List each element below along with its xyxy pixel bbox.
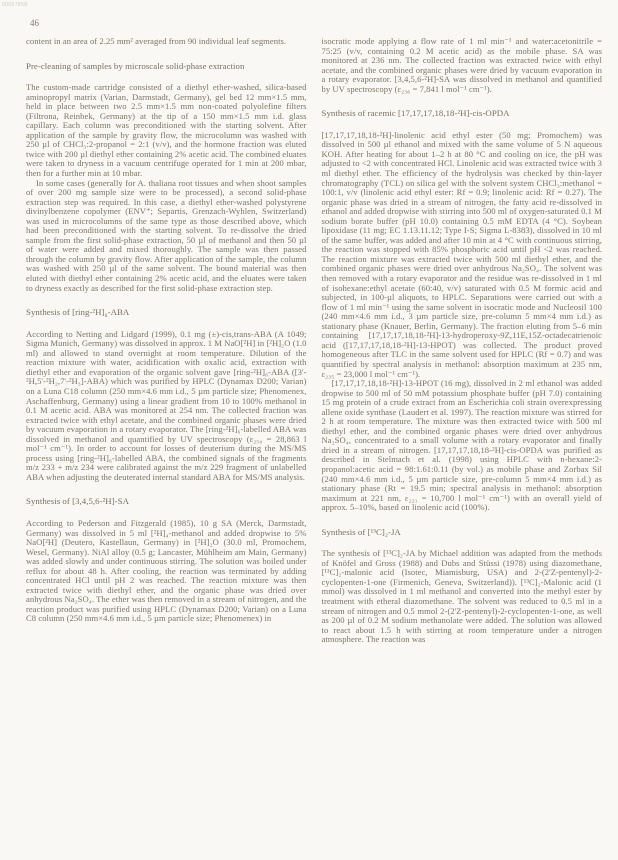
body-paragraph: According to Netting and Lidgard (1999),… (26, 330, 307, 483)
section-heading: Pre-cleaning of samples by microscale so… (26, 62, 307, 72)
section-heading: Synthesis of racemic [17,17,17,18,18-²H]… (322, 109, 603, 119)
body-paragraph: [17,17,17,18,18-²H]-13-HPOT (16 mg), dis… (322, 379, 603, 513)
body-paragraph: In some cases (generally for A. thaliana… (26, 179, 307, 294)
scan-id-watermark: 00057858 (2, 2, 27, 8)
body-paragraph: isocratic mode applying a flow rate of 1… (322, 37, 603, 94)
left-column: content in an area of 2.25 mm² averaged … (26, 37, 307, 645)
section-heading: Synthesis of [ring-²H]₆-ABA (26, 308, 307, 318)
page-number: 46 (30, 18, 39, 28)
journal-scan-page: 00057858 46 content in an area of 2.25 m… (0, 0, 618, 860)
two-column-layout: content in an area of 2.25 mm² averaged … (26, 37, 602, 645)
body-paragraph: The synthesis of [¹³C]₂-JA by Michael ad… (322, 549, 603, 644)
right-column: isocratic mode applying a flow rate of 1… (322, 37, 603, 645)
body-paragraph: The custom-made cartridge consisted of a… (26, 83, 307, 178)
section-heading: Synthesis of [3,4,5,6-²H]-SA (26, 497, 307, 507)
body-paragraph: [17,17,17,18,18-²H]-linolenic acid ethyl… (322, 131, 603, 379)
body-paragraph: According to Pederson and Fitzgerald (19… (26, 519, 307, 624)
body-paragraph: content in an area of 2.25 mm² averaged … (26, 37, 307, 47)
section-heading: Synthesis of [¹³C]₂-JA (322, 528, 603, 538)
